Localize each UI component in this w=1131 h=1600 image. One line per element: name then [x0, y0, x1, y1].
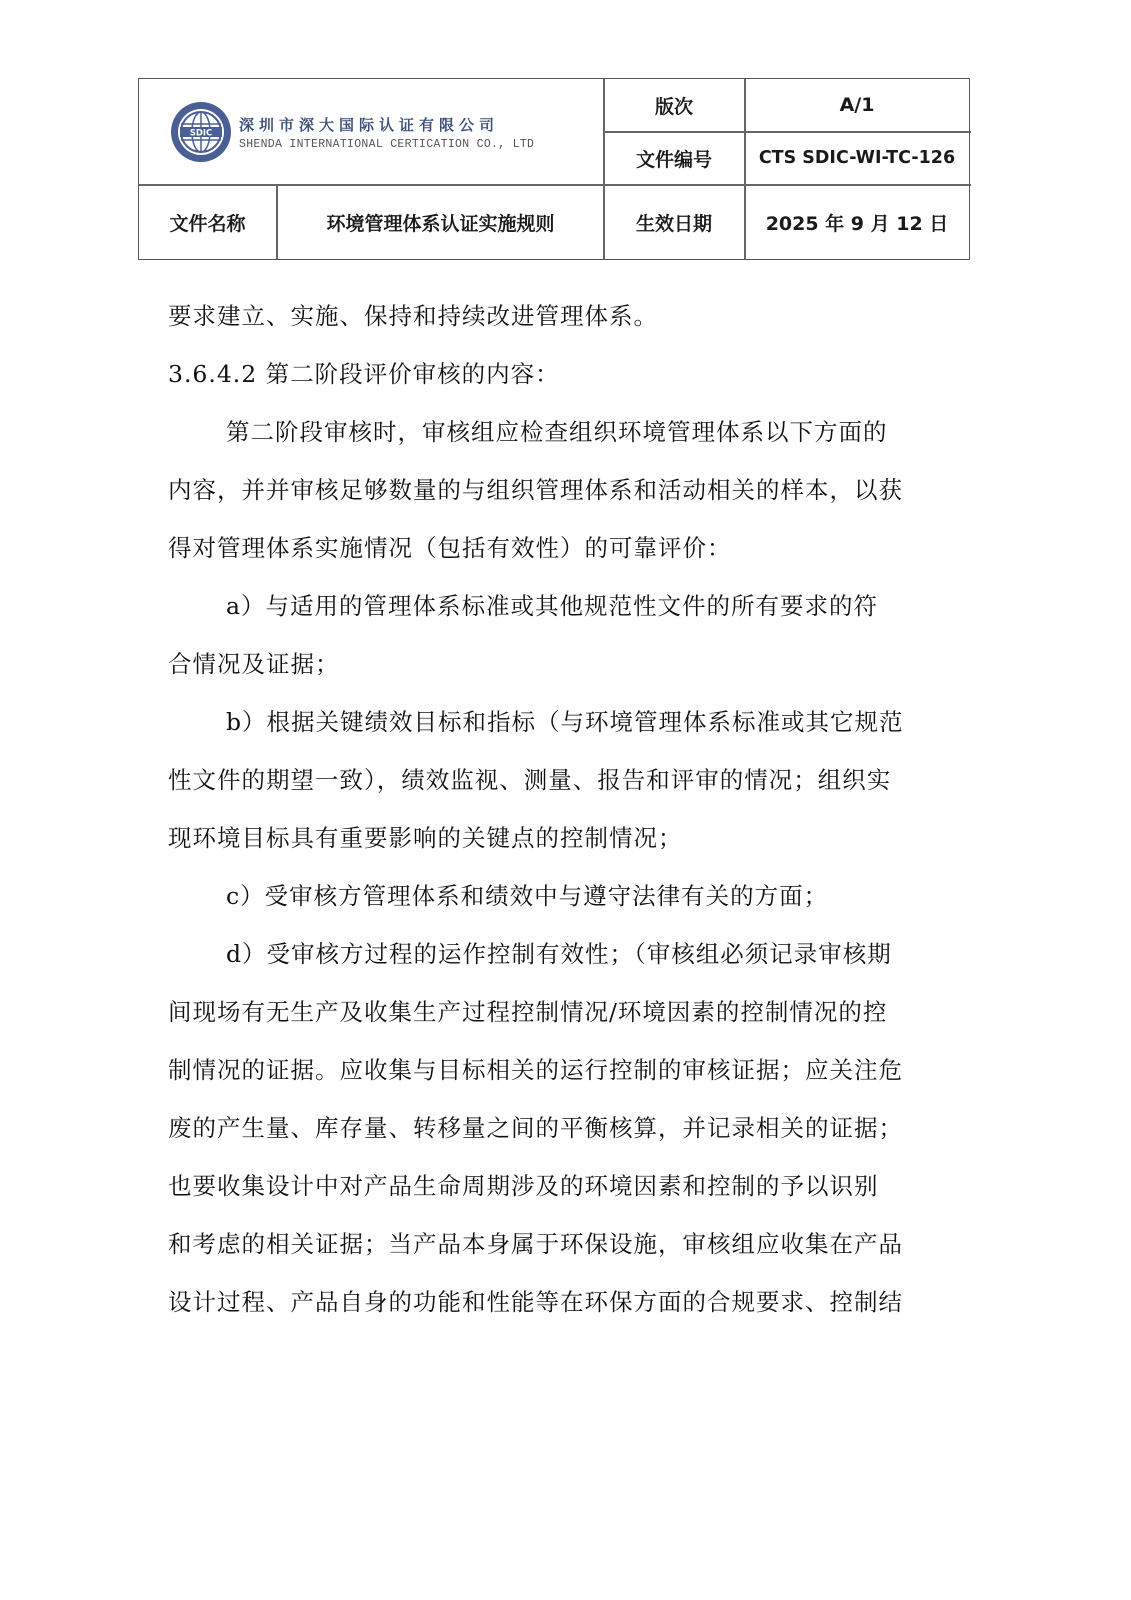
doc-number-value: CTS SDIC-WI-TC-126 — [745, 132, 969, 184]
svg-text:SDIC: SDIC — [190, 129, 213, 139]
list-item-d: d）受审核方过程的运作控制有效性；（审核组必须记录审核期 — [226, 935, 892, 969]
body-line: 废的产生量、库存量、转移量之间的平衡核算，并记录相关的证据； — [168, 1109, 903, 1143]
body-line: 性文件的期望一致），绩效监视、测量、报告和评审的情况；组织实 — [168, 761, 891, 795]
company-name-cn: 深圳市深大国际认证有限公司 — [239, 114, 534, 135]
body-line: 第二阶段审核时，审核组应检查组织环境管理体系以下方面的 — [226, 413, 888, 447]
body-line: 和考虑的相关证据；当产品本身属于环保设施，审核组应收集在产品 — [168, 1225, 903, 1259]
list-item-b: b）根据关键绩效目标和指标（与环境管理体系标准或其它规范 — [226, 703, 904, 737]
effective-date-value: 2025 年 9 月 12 日 — [745, 186, 969, 259]
company-name-en: SHENDA INTERNATIONAL CERTICATION CO., LT… — [239, 138, 534, 151]
sdic-logo-icon: SDIC — [169, 100, 233, 164]
body-line: 内容，并并审核足够数量的与组织管理体系和活动相关的样本，以获 — [168, 471, 903, 505]
doc-name-label: 文件名称 — [139, 186, 276, 259]
body-line: 现环境目标具有重要影响的关键点的控制情况； — [168, 819, 683, 853]
list-item-c: c）受审核方管理体系和绩效中与遵守法律有关的方面； — [226, 877, 828, 911]
body-line: 制情况的证据。应收集与目标相关的运行控制的审核证据；应关注危 — [168, 1051, 903, 1085]
section-heading: 3.6.4.2 第二阶段评价审核的内容： — [168, 355, 560, 389]
body-line: 要求建立、实施、保持和持续改进管理体系。 — [168, 297, 658, 331]
body-line: 也要收集设计中对产品生命周期涉及的环境因素和控制的予以识别 — [168, 1167, 879, 1201]
doc-number-label: 文件编号 — [604, 132, 744, 184]
version-label: 版次 — [604, 79, 744, 131]
body-line: 间现场有无生产及收集生产过程控制情况/环境因素的控制情况的控 — [168, 993, 887, 1027]
document-header-table: SDIC 深圳市深大国际认证有限公司 SHENDA INTERNATIONAL … — [138, 78, 970, 260]
body-line: 合情况及证据； — [168, 645, 340, 679]
body-line: 设计过程、产品自身的功能和性能等在环保方面的合规要求、控制结 — [168, 1283, 903, 1317]
body-line: 得对管理体系实施情况（包括有效性）的可靠评价： — [168, 529, 732, 563]
effective-date-label: 生效日期 — [604, 186, 744, 259]
doc-name-value: 环境管理体系认证实施规则 — [278, 186, 603, 259]
list-item-a: a）与适用的管理体系标准或其他规范性文件的所有要求的符 — [226, 587, 878, 621]
company-logo-block: SDIC 深圳市深大国际认证有限公司 SHENDA INTERNATIONAL … — [139, 79, 604, 185]
version-value: A/1 — [745, 79, 969, 131]
